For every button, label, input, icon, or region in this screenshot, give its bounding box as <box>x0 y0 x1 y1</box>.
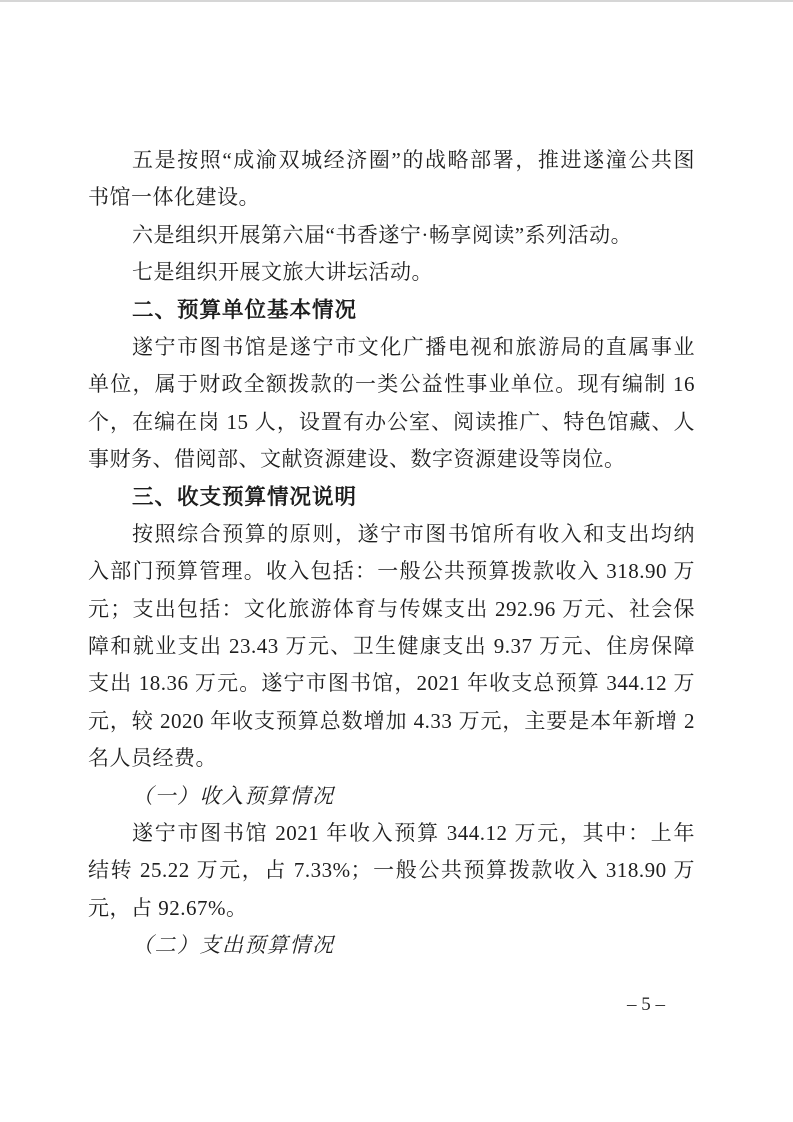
paragraph-line: 结转 25.22 万元，占 7.33%；一般公共预算拨款收入 318.90 万 <box>88 852 695 889</box>
paragraph-line: 元；支出包括：文化旅游体育与传媒支出 292.96 万元、社会保 <box>88 591 695 628</box>
sub-heading: （一）收入预算情况 <box>88 778 695 815</box>
sub-heading: （二）支出预算情况 <box>88 927 695 964</box>
paragraph-line: 元，占 92.67%。 <box>88 890 695 927</box>
paragraph-line: 名人员经费。 <box>88 740 695 777</box>
page-number: – 5 – <box>600 994 692 1016</box>
paragraph-line: 入部门预算管理。收入包括：一般公共预算拨款收入 318.90 万 <box>88 553 695 590</box>
paragraph-line: 七是组织开展文旅大讲坛活动。 <box>88 254 695 291</box>
paragraph-line: 按照综合预算的原则，遂宁市图书馆所有收入和支出均纳 <box>88 516 695 553</box>
section-heading: 二、预算单位基本情况 <box>88 292 695 329</box>
paragraph-line: 五是按照“成渝双城经济圈”的战略部署，推进遂潼公共图 <box>88 142 695 179</box>
paragraph-line: 个，在编在岗 15 人，设置有办公室、阅读推广、特色馆藏、人 <box>88 404 695 441</box>
section-heading: 三、收支预算情况说明 <box>88 479 695 516</box>
paragraph-line: 单位，属于财政全额拨款的一类公益性事业单位。现有编制 16 <box>88 366 695 403</box>
scan-top-edge-line <box>0 0 793 2</box>
paragraph-line: 六是组织开展第六届“书香遂宁·畅享阅读”系列活动。 <box>88 217 695 254</box>
document-page: { "styles": { "background": "#ffffff", "… <box>0 0 793 1122</box>
paragraph-line: 事财务、借阅部、文献资源建设、数字资源建设等岗位。 <box>88 441 695 478</box>
paragraph-line: 元，较 2020 年收支预算总数增加 4.33 万元，主要是本年新增 2 <box>88 703 695 740</box>
paragraph-line: 支出 18.36 万元。遂宁市图书馆，2021 年收支总预算 344.12 万 <box>88 665 695 702</box>
paragraph-line: 遂宁市图书馆是遂宁市文化广播电视和旅游局的直属事业 <box>88 329 695 366</box>
paragraph-line: 书馆一体化建设。 <box>88 179 695 216</box>
document-text-block: 五是按照“成渝双城经济圈”的战略部署，推进遂潼公共图 书馆一体化建设。 六是组织… <box>88 142 695 965</box>
paragraph-line: 遂宁市图书馆 2021 年收入预算 344.12 万元，其中：上年 <box>88 815 695 852</box>
paragraph-line: 障和就业支出 23.43 万元、卫生健康支出 9.37 万元、住房保障 <box>88 628 695 665</box>
